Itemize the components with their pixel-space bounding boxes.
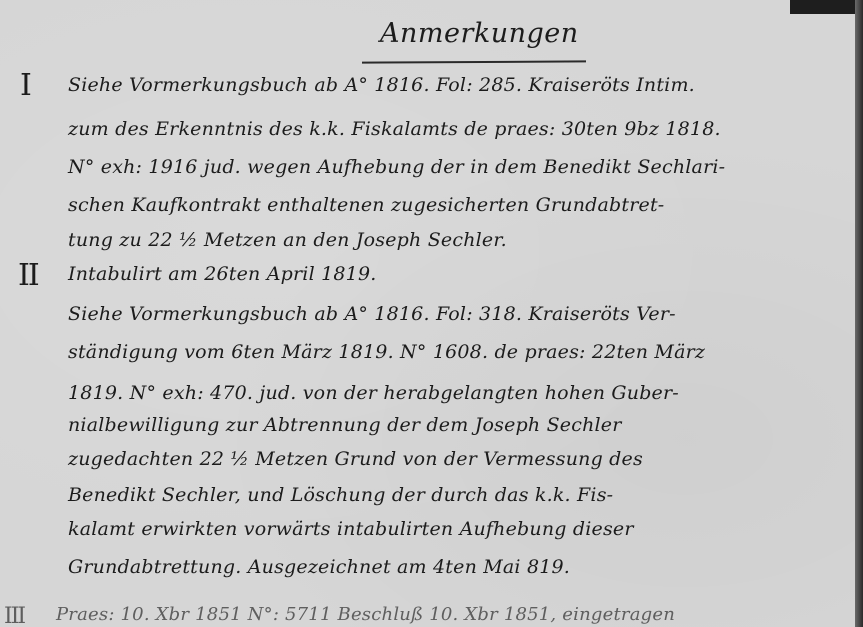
entry-i-line-1: Siehe Vormerkungsbuch ab A° 1816. Fol: 2… — [68, 74, 695, 96]
entry-i-line-3: N° exh: 1916 jud. wegen Aufhebung der in… — [68, 156, 725, 178]
entry-ii-line-7: Benedikt Sechler, und Löschung der durch… — [68, 484, 613, 506]
entry-ii-line-5: nialbewilligung zur Abtrennung der dem J… — [68, 414, 622, 436]
entry-iii-line-1: Praes: 10. Xbr 1851 N°: 5711 Beschluß 10… — [56, 604, 675, 625]
page-right-edge — [855, 0, 863, 627]
entry-ii-line-8: kalamt erwirkten vorwärts intabulirten A… — [68, 518, 634, 540]
entry-numeral-ii: II — [18, 258, 38, 293]
entry-i-line-4: schen Kaufkontrakt enthaltenen zugesiche… — [68, 194, 664, 216]
entry-i-line-2: zum des Erkenntnis des k.k. Fiskalamts d… — [68, 118, 721, 140]
entry-numeral-i: I — [20, 68, 30, 103]
entry-ii-line-1: Intabulirt am 26ten April 1819. — [68, 263, 376, 285]
entry-i-line-5: tung zu 22 ½ Metzen an den Joseph Sechle… — [68, 229, 507, 251]
entry-ii-line-9: Grundabtrettung. Ausgezeichnet am 4ten M… — [68, 556, 570, 578]
page-top-edge-shadow — [790, 0, 863, 14]
entry-ii-line-3: ständigung vom 6ten März 1819. N° 1608. … — [68, 341, 705, 363]
title-underline — [362, 60, 586, 63]
entry-numeral-iii: III — [4, 604, 24, 627]
entry-ii-line-2: Siehe Vormerkungsbuch ab A° 1816. Fol: 3… — [68, 303, 676, 325]
scanned-page: Anmerkungen I Siehe Vormerkungsbuch ab A… — [0, 0, 857, 627]
entry-ii-line-4: 1819. N° exh: 470. jud. von der herabgel… — [68, 382, 679, 404]
entry-ii-line-6: zugedachten 22 ½ Metzen Grund von der Ve… — [68, 448, 643, 470]
page-title: Anmerkungen — [380, 18, 579, 49]
